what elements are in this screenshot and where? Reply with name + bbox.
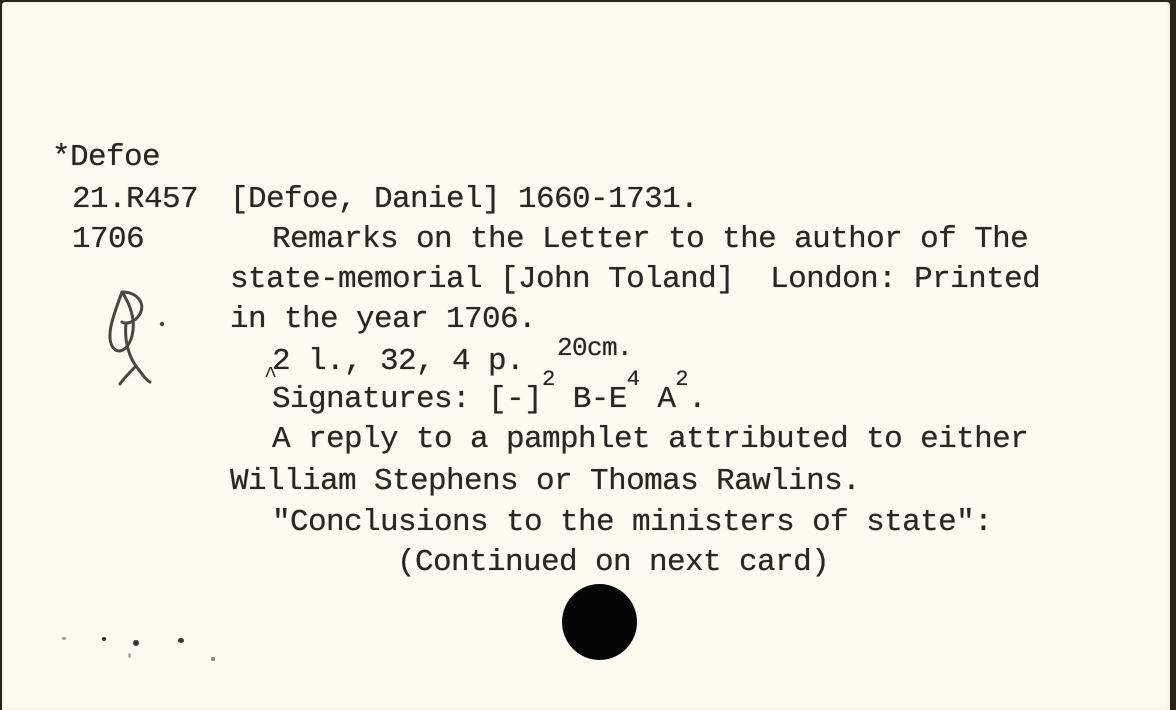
signatures-line: Signatures: [-]2 B-E4 A2. <box>272 384 706 415</box>
signature-part-1: [-] <box>488 382 542 417</box>
signature-part-2: B-E <box>555 382 627 417</box>
signatures-label: Signatures: <box>272 382 470 417</box>
subject-heading: *Defoe <box>52 142 160 173</box>
call-number-line1: 21.R457 <box>72 184 198 215</box>
collation-size: 20cm. <box>557 335 632 361</box>
speck <box>62 637 66 640</box>
speck <box>133 640 139 646</box>
signature-end: . <box>688 382 706 417</box>
title-line-3: in the year 1706. <box>230 304 536 335</box>
signature-part-3: A <box>639 382 675 417</box>
call-number-line2: 1706 <box>72 224 144 255</box>
catalog-card: *Defoe 21.R457 1706 [Defoe, Daniel] 1660… <box>2 2 1170 710</box>
speck <box>211 657 215 661</box>
title-line-1: Remarks on the Letter to the author of T… <box>272 224 1028 255</box>
signature-sup-1: 2 <box>542 367 555 392</box>
speck <box>178 638 184 643</box>
continuation-note: (Continued on next card) <box>397 547 829 578</box>
handwritten-initial-icon <box>102 284 182 389</box>
note-line-1: A reply to a pamphlet attributed to eith… <box>272 424 1028 455</box>
contents-line: "Conclusions to the ministers of state": <box>272 507 992 538</box>
author-line: [Defoe, Daniel] 1660-1731. <box>230 184 698 215</box>
collation-pages: 2 l., 32, 4 p. <box>272 346 524 377</box>
speck <box>102 637 106 641</box>
signature-sup-2: 4 <box>627 367 640 392</box>
speck <box>128 653 131 658</box>
punch-hole <box>562 584 637 660</box>
signature-sup-3: 2 <box>675 367 688 392</box>
note-line-2: William Stephens or Thomas Rawlins. <box>230 466 860 497</box>
title-line-2: state-memorial [John Toland] London: Pri… <box>230 264 1040 295</box>
